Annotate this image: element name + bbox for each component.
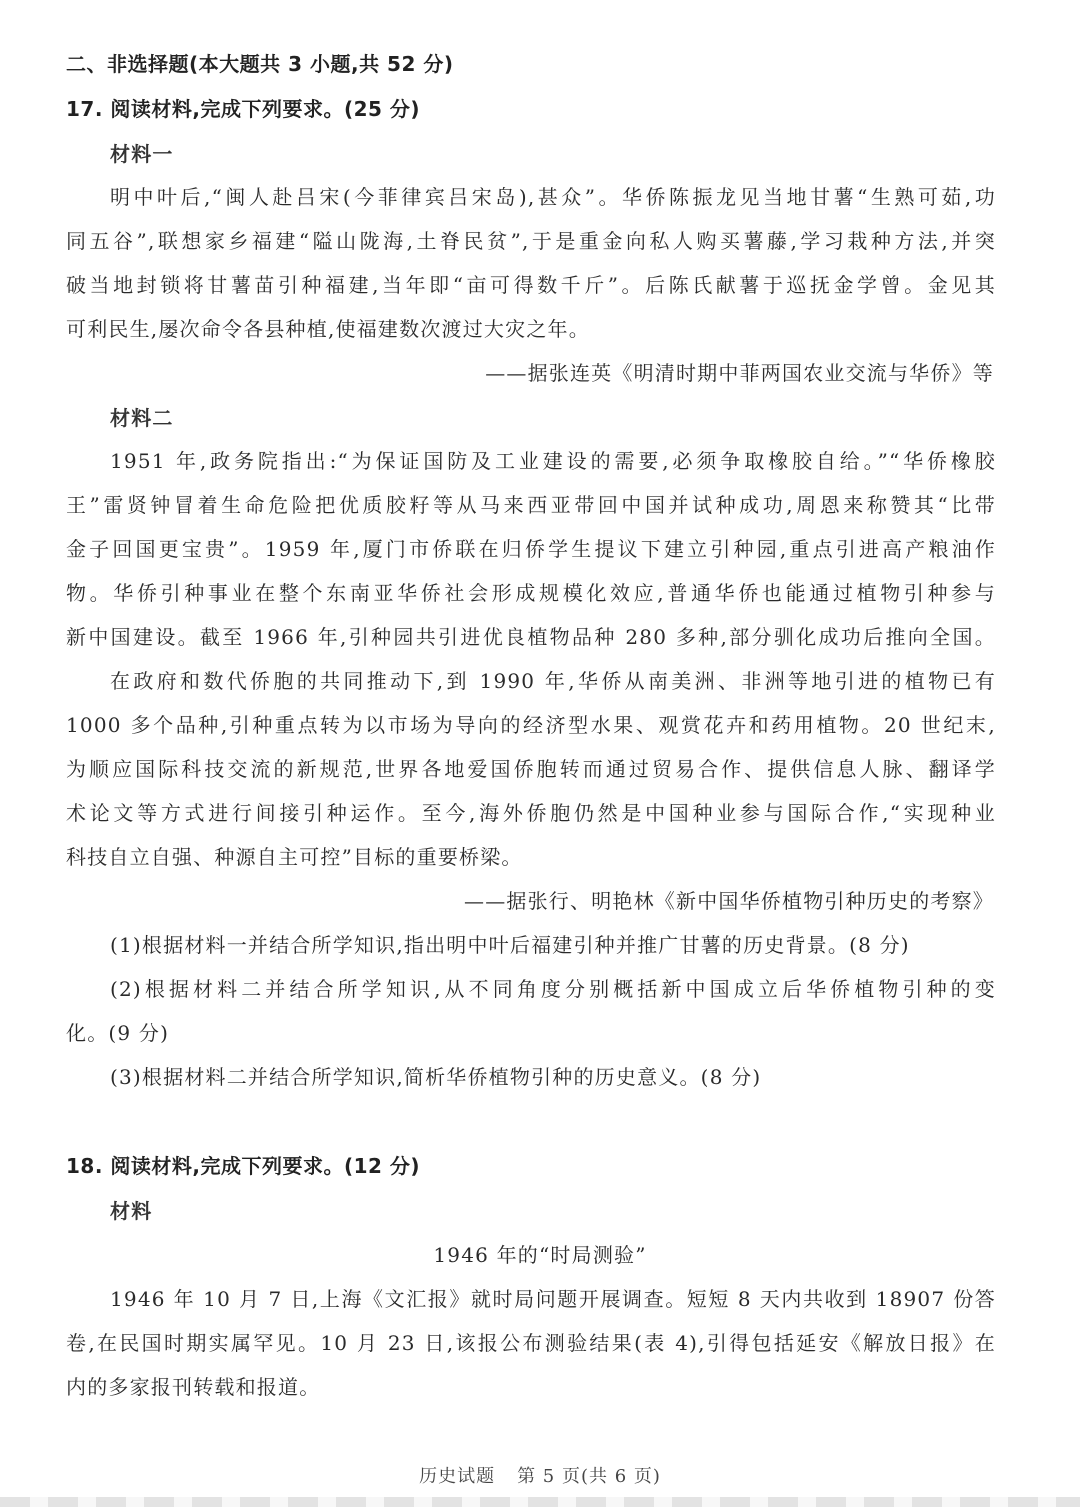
q17-question-2: (2)根据材料二并结合所学知识,从不同角度分别概括新中国成立后华侨植物引种的变 — [110, 975, 996, 1003]
q17-material2-line: 1951 年,政务院指出:“为保证国防及工业建设的需要,必须争取橡胶自给。”“华… — [110, 447, 996, 475]
q17-material1-line: 可利民生,屡次命令各县种植,使福建数次渡过大灾之年。 — [66, 315, 996, 343]
q18-material-label: 材料 — [110, 1197, 1040, 1225]
q17-material2-line: 为顺应国际科技交流的新规范,世界各地爱国侨胞转而通过贸易合作、提供信息人脉、翻译… — [66, 755, 996, 783]
q17-material2-line: 术论文等方式进行间接引种运作。至今,海外侨胞仍然是中国种业参与国际合作,“实现种… — [66, 799, 996, 827]
q17-material2-line: 物。华侨引种事业在整个东南亚华侨社会形成规模化效应,普通华侨也能通过植物引种参与 — [66, 579, 996, 607]
q17-question-1: (1)根据材料一并结合所学知识,指出明中叶后福建引种并推广甘薯的历史背景。(8 … — [110, 931, 1040, 959]
page-footer: 历史试题第 5 页(共 6 页) — [0, 1462, 1080, 1488]
q17-material2-line: 科技自立自强、种源自主可控”目标的重要桥梁。 — [66, 843, 996, 871]
footer-subject: 历史试题 — [419, 1466, 495, 1487]
q17-material2-line: 在政府和数代侨胞的共同推动下,到 1990 年,华侨从南美洲、非洲等地引进的植物… — [110, 667, 996, 695]
scan-edge-artifact — [0, 1497, 1080, 1507]
q17-material1-label: 材料一 — [110, 140, 1040, 168]
footer-page-number: 第 5 页(共 6 页) — [517, 1466, 661, 1487]
q17-material2-line: 王”雷贤钟冒着生命危险把优质胶籽等从马来西亚带回中国并试种成功,周恩来称赞其“比… — [66, 491, 996, 519]
q18-material-title: 1946 年的“时局测验” — [0, 1241, 1080, 1269]
q18-header: 18. 阅读材料,完成下列要求。(12 分) — [66, 1152, 996, 1180]
q17-header: 17. 阅读材料,完成下列要求。(25 分) — [66, 95, 996, 123]
q18-material-line: 内的多家报刊转载和报道。 — [66, 1373, 996, 1401]
q17-material2-line: 1000 多个品种,引种重点转为以市场为导向的经济型水果、观赏花卉和药用植物。2… — [66, 711, 996, 739]
q17-material1-source: ——据张连英《明清时期中菲两国农业交流与华侨》等 — [485, 359, 994, 387]
q17-material2-source: ——据张行、明艳林《新中国华侨植物引种历史的考察》 — [464, 887, 994, 915]
q17-material1-line: 破当地封锁将甘薯苗引种福建,当年即“亩可得数千斤”。后陈氏献薯于巡抚金学曾。金见… — [66, 271, 996, 299]
q18-material-line: 卷,在民国时期实属罕见。10 月 23 日,该报公布测验结果(表 4),引得包括… — [66, 1329, 996, 1357]
q17-material1-line: 明中叶后,“闽人赴吕宋(今菲律宾吕宋岛),甚众”。华侨陈振龙见当地甘薯“生熟可茹… — [110, 183, 996, 211]
section-title: 二、非选择题(本大题共 3 小题,共 52 分) — [66, 50, 996, 78]
q17-material1-line: 同五谷”,联想家乡福建“隘山陇海,土脊民贫”,于是重金向私人购买薯藤,学习栽种方… — [66, 227, 996, 255]
exam-page: 二、非选择题(本大题共 3 小题,共 52 分) 17. 阅读材料,完成下列要求… — [0, 0, 1080, 1507]
q17-question-2-cont: 化。(9 分) — [66, 1019, 996, 1047]
q17-material2-label: 材料二 — [110, 404, 1040, 432]
q18-material-line: 1946 年 10 月 7 日,上海《文汇报》就时局问题开展调查。短短 8 天内… — [110, 1285, 996, 1313]
q17-material2-line: 金子回国更宝贵”。1959 年,厦门市侨联在归侨学生提议下建立引种园,重点引进高… — [66, 535, 996, 563]
q17-question-3: (3)根据材料二并结合所学知识,简析华侨植物引种的历史意义。(8 分) — [110, 1063, 1040, 1091]
q17-material2-line: 新中国建设。截至 1966 年,引种园共引进优良植物品种 280 多种,部分驯化… — [66, 623, 996, 651]
